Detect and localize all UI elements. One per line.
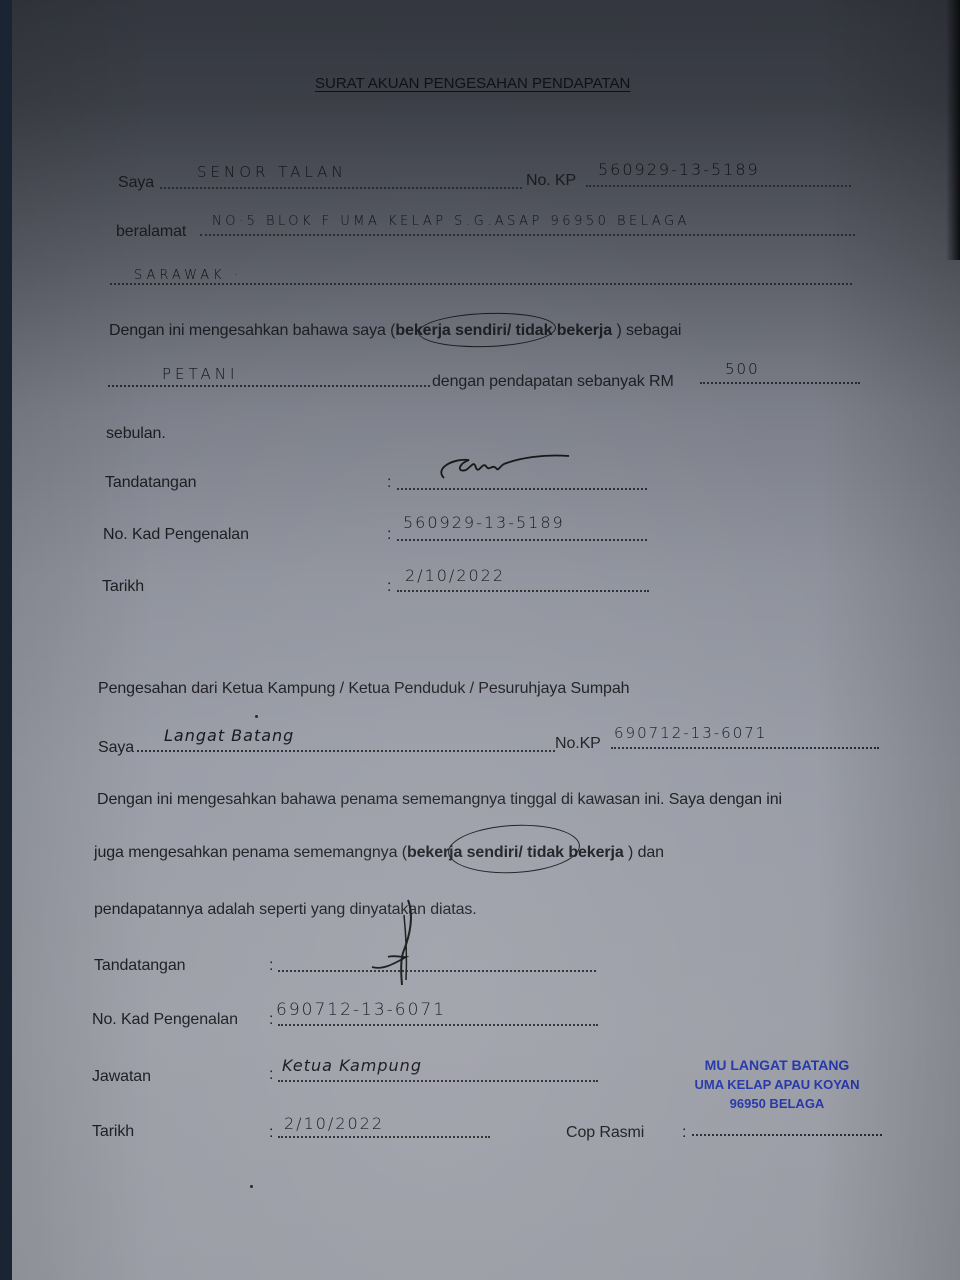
verifier-ic-label: No. Kad Pengenalan [92, 1011, 238, 1029]
income-line [700, 382, 860, 384]
address-line-2 [110, 283, 852, 285]
income-amount[interactable]: 500 [725, 360, 760, 378]
colon: : [269, 957, 273, 975]
verifier-position[interactable]: Ketua Kampung [282, 1056, 422, 1075]
address-line-1 [200, 234, 855, 236]
stamp-line [692, 1134, 882, 1136]
statement-suffix: ) dan [628, 844, 664, 861]
ic-label: No. Kad Pengenalan [103, 526, 249, 544]
applicant-no-kp[interactable]: 560929-13-5189 [598, 160, 760, 179]
applicant-ic[interactable]: 560929-13-5189 [403, 513, 565, 532]
date-line [397, 590, 649, 592]
official-stamp: MU LANGAT BATANG UMA KELAP APAU KOYAN 96… [672, 1056, 882, 1113]
verifier-name[interactable]: Langat Batang [164, 726, 294, 745]
verifier-heading: Pengesahan dari Ketua Kampung / Ketua Pe… [98, 680, 629, 698]
document-page: SURAT AKUAN PENGESAHAN PENDAPATAN Saya S… [12, 0, 960, 1280]
no-kp-label: No. KP [526, 172, 576, 190]
occupation-line [108, 385, 430, 387]
applicant-signature[interactable] [424, 448, 574, 488]
colon: : [387, 526, 391, 544]
date-label: Tarikh [102, 578, 144, 596]
applicant-address-2[interactable]: SARAWAK · [134, 268, 242, 283]
statement-suffix: ) sebagai [616, 322, 681, 339]
verifier-ic[interactable]: 690712-13-6071 [276, 1000, 446, 1020]
signature-line [397, 488, 647, 490]
verifier-date[interactable]: 2/10/2022 [284, 1114, 384, 1133]
statement-prefix: juga mengesahkan penama sememangnya ( [94, 844, 407, 861]
verifier-signature-line [278, 970, 596, 972]
verifier-date-line [278, 1136, 490, 1138]
signature-label: Tandatangan [105, 474, 196, 492]
address-label: beralamat [116, 223, 186, 241]
stamp-line-3: 96950 BELAGA [672, 1094, 882, 1113]
verifier-saya-label: Saya [98, 739, 134, 757]
verifier-date-label: Tarikh [92, 1123, 134, 1141]
applicant-occupation[interactable]: PETANI [162, 365, 238, 383]
selection-circle [447, 822, 581, 877]
verifier-signature[interactable] [362, 895, 432, 990]
selection-circle [417, 311, 556, 350]
applicant-name[interactable]: SENOR TALAN [197, 163, 347, 181]
income-label: dengan pendapatan sebanyak RM [432, 373, 674, 391]
colon: : [269, 1124, 273, 1142]
ink-speck [255, 715, 258, 718]
per-month-label: sebulan. [106, 425, 166, 443]
stamp-line-1: MU LANGAT BATANG [672, 1056, 882, 1075]
verifier-no-kp-label: No.KP [555, 735, 601, 753]
colon: : [387, 578, 391, 596]
applicant-date[interactable]: 2/10/2022 [405, 566, 505, 585]
no-kp-line [586, 185, 851, 187]
colon: : [269, 1066, 273, 1084]
verifier-ic-line [278, 1024, 598, 1026]
position-label: Jawatan [92, 1068, 151, 1086]
ic-line [397, 539, 647, 541]
page-edge-shadow [946, 0, 960, 260]
stamp-label: Cop Rasmi [566, 1124, 644, 1142]
name-line [160, 187, 522, 189]
verifier-no-kp[interactable]: 690712-13-6071 [614, 724, 767, 742]
stamp-line-2: UMA KELAP APAU KOYAN [672, 1075, 882, 1094]
colon: : [387, 474, 391, 492]
verifier-signature-label: Tandatangan [94, 957, 185, 975]
colon: : [682, 1124, 686, 1142]
applicant-statement: Dengan ini mengesahkan bahawa saya (beke… [109, 322, 681, 340]
ink-speck [250, 1185, 253, 1188]
applicant-address-1[interactable]: NO·5 BLOK F UMA KELAP S.G.ASAP 96950 BEL… [212, 214, 690, 229]
verifier-name-line [137, 750, 555, 752]
document-title: SURAT AKUAN PENGESAHAN PENDAPATAN [315, 75, 630, 92]
colon: : [269, 1011, 273, 1029]
position-line [278, 1080, 598, 1082]
verifier-no-kp-line [611, 747, 879, 749]
saya-label: Saya [118, 174, 154, 192]
statement-prefix: Dengan ini mengesahkan bahawa saya ( [109, 322, 395, 339]
verifier-statement-1: Dengan ini mengesahkan bahawa penama sem… [97, 791, 782, 809]
